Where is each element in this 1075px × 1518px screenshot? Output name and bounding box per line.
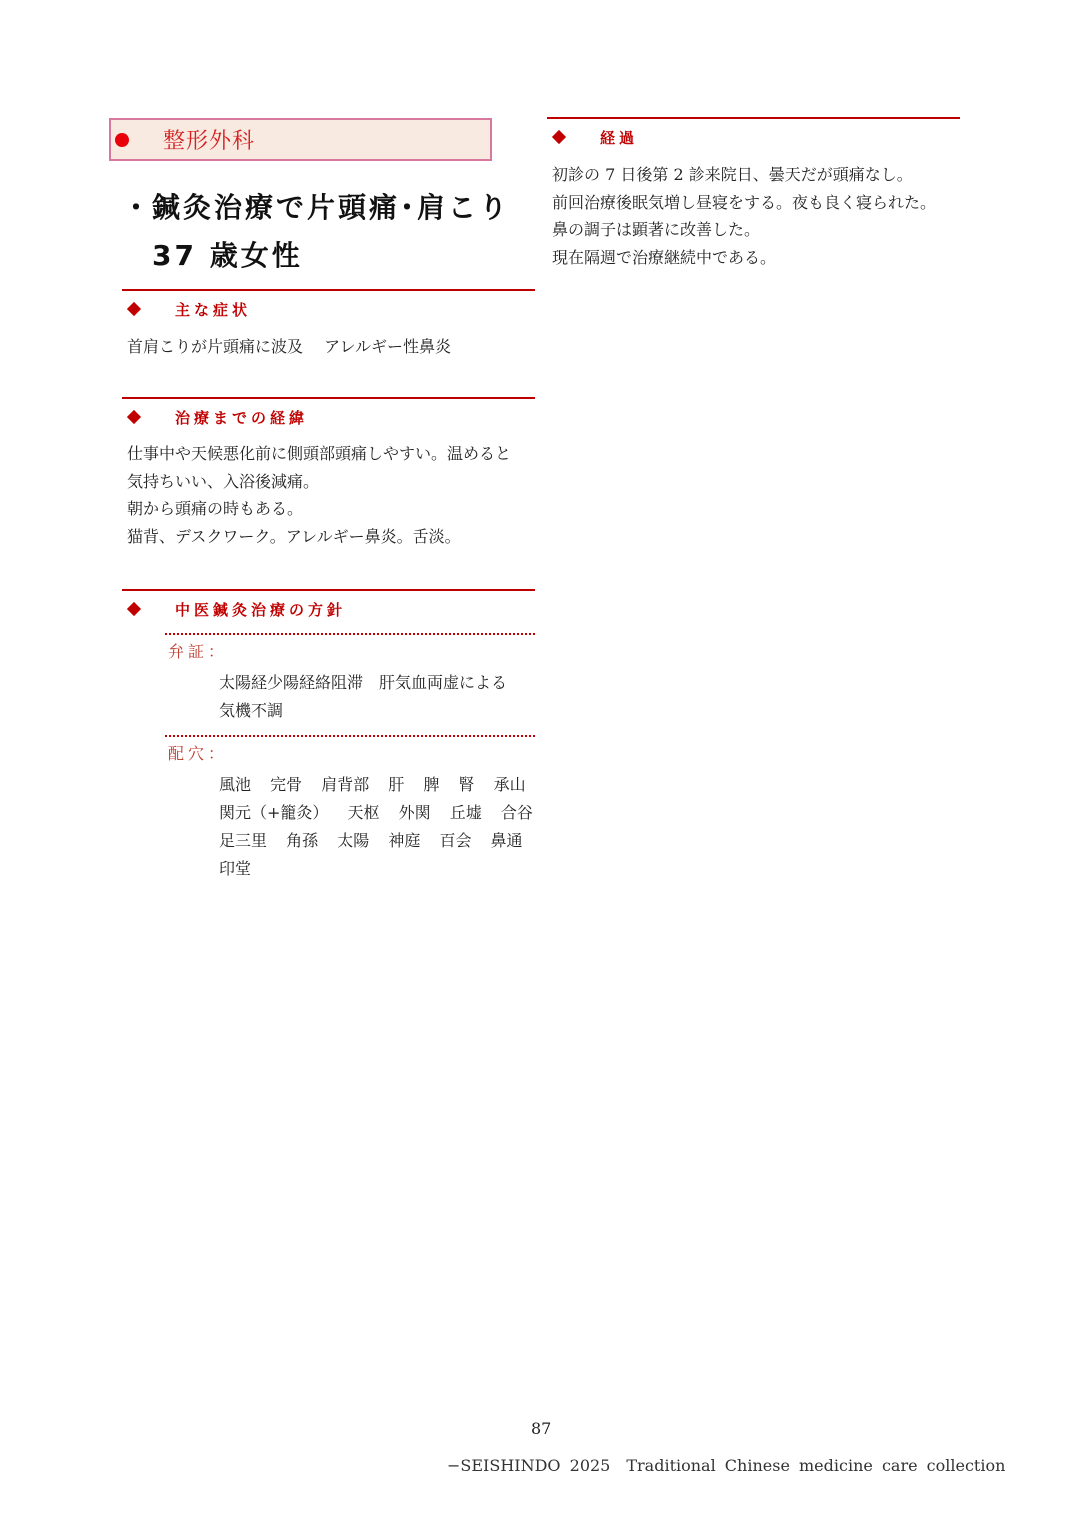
history-line: 仕事中や天候悪化前に側頭部頭痛しやすい。温めると — [127, 440, 535, 468]
acupoint: 肩背部 — [321, 775, 369, 794]
points-label: 配穴： — [168, 737, 535, 771]
acupoint: 外関 — [399, 803, 431, 822]
page-number: 87 — [531, 1419, 551, 1438]
acupoint: 脾 — [423, 775, 439, 794]
diagnosis-line: 太陽経少陽経絡阻滞 肝気血両虚による — [219, 669, 535, 697]
section-title: 治療までの経緯 — [175, 407, 308, 428]
acupoint: 合谷 — [501, 803, 533, 822]
progress-line: 現在隔週で治療継続中である。 — [552, 244, 960, 272]
acupoint: 腎 — [459, 775, 475, 794]
history-line: 気持ちいい、入浴後減痛。 — [127, 468, 535, 496]
footer-credit: −SEISHINDO 2025 Traditional Chinese medi… — [447, 1453, 1005, 1476]
section-progress: 経過 初診の 7 日後第 2 診来院日、曇天だが頭痛なし。 前回治療後眠気増し昼… — [547, 117, 960, 271]
title-bullet: ・ — [122, 184, 152, 232]
category-label: 整形外科 — [163, 124, 255, 155]
category-header: 整形外科 — [109, 118, 492, 161]
acupoint-row: 印堂 — [219, 855, 535, 883]
acupoint: 足三里 — [219, 831, 267, 850]
acupoint: 丘墟 — [450, 803, 482, 822]
case-title: ・ 鍼灸治療で片頭痛･肩こり 37 歳女性 — [122, 184, 542, 280]
title-line-2: 37 歳女性 — [122, 232, 542, 280]
progress-line: 初診の 7 日後第 2 診来院日、曇天だが頭痛なし。 — [552, 161, 960, 189]
progress-line: 鼻の調子は顕著に改善した。 — [552, 216, 960, 244]
section-title: 経過 — [600, 127, 638, 148]
acupoint-row: 関元（+籠灸） 天枢 外関 丘墟 合谷 — [219, 799, 535, 827]
diagnosis-line: 気機不調 — [219, 697, 535, 725]
diamond-icon — [127, 602, 141, 616]
acupoint: 風池 — [219, 775, 251, 794]
history-line: 朝から頭痛の時もある。 — [127, 495, 535, 523]
section-treatment-policy: 中医鍼灸治療の方針 弁証： 太陽経少陽経絡阻滞 肝気血両虚による 気機不調 配穴… — [122, 589, 535, 883]
acupoint-row: 足三里 角孫 太陽 神庭 百会 鼻通 — [219, 827, 535, 855]
history-line: 猫背、デスクワーク。アレルギー鼻炎。舌淡。 — [127, 523, 535, 551]
section-title: 中医鍼灸治療の方針 — [175, 599, 346, 620]
diamond-icon — [552, 130, 566, 144]
acupoint: 角孫 — [286, 831, 318, 850]
diagnosis-label: 弁証： — [168, 635, 535, 669]
acupoint: 完骨 — [270, 775, 302, 794]
acupoint-list: 風池 完骨 肩背部 肝 脾 腎 承山 関元（+籠灸） 天枢 外関 丘墟 合谷 足… — [165, 771, 535, 883]
section-history: 治療までの経緯 仕事中や天候悪化前に側頭部頭痛しやすい。温めると 気持ちいい、入… — [122, 397, 535, 550]
section-title: 主な症状 — [175, 299, 251, 320]
diagnosis-text: 太陽経少陽経絡阻滞 肝気血両虚による 気機不調 — [165, 669, 535, 725]
acupoint: 鼻通 — [491, 831, 523, 850]
acupoint: 神庭 — [388, 831, 420, 850]
title-line-1: 鍼灸治療で片頭痛･肩こり — [152, 184, 510, 232]
acupoint: 承山 — [494, 775, 526, 794]
acupoint: 関元（+籠灸） — [219, 803, 328, 822]
progress-line: 前回治療後眠気増し昼寝をする。夜も良く寝られた。 — [552, 189, 960, 217]
acupoint: 百会 — [439, 831, 471, 850]
acupoint: 印堂 — [219, 859, 251, 878]
diamond-icon — [127, 302, 141, 316]
acupoint: 太陽 — [337, 831, 369, 850]
red-dot-icon — [115, 133, 129, 147]
diamond-icon — [127, 410, 141, 424]
acupoint-row: 風池 完骨 肩背部 肝 脾 腎 承山 — [219, 771, 535, 799]
symptoms-line: 首肩こりが片頭痛に波及 アレルギー性鼻炎 — [127, 333, 535, 361]
acupoint: 天枢 — [348, 803, 380, 822]
acupoint: 肝 — [388, 775, 404, 794]
section-symptoms: 主な症状 首肩こりが片頭痛に波及 アレルギー性鼻炎 — [122, 289, 535, 361]
